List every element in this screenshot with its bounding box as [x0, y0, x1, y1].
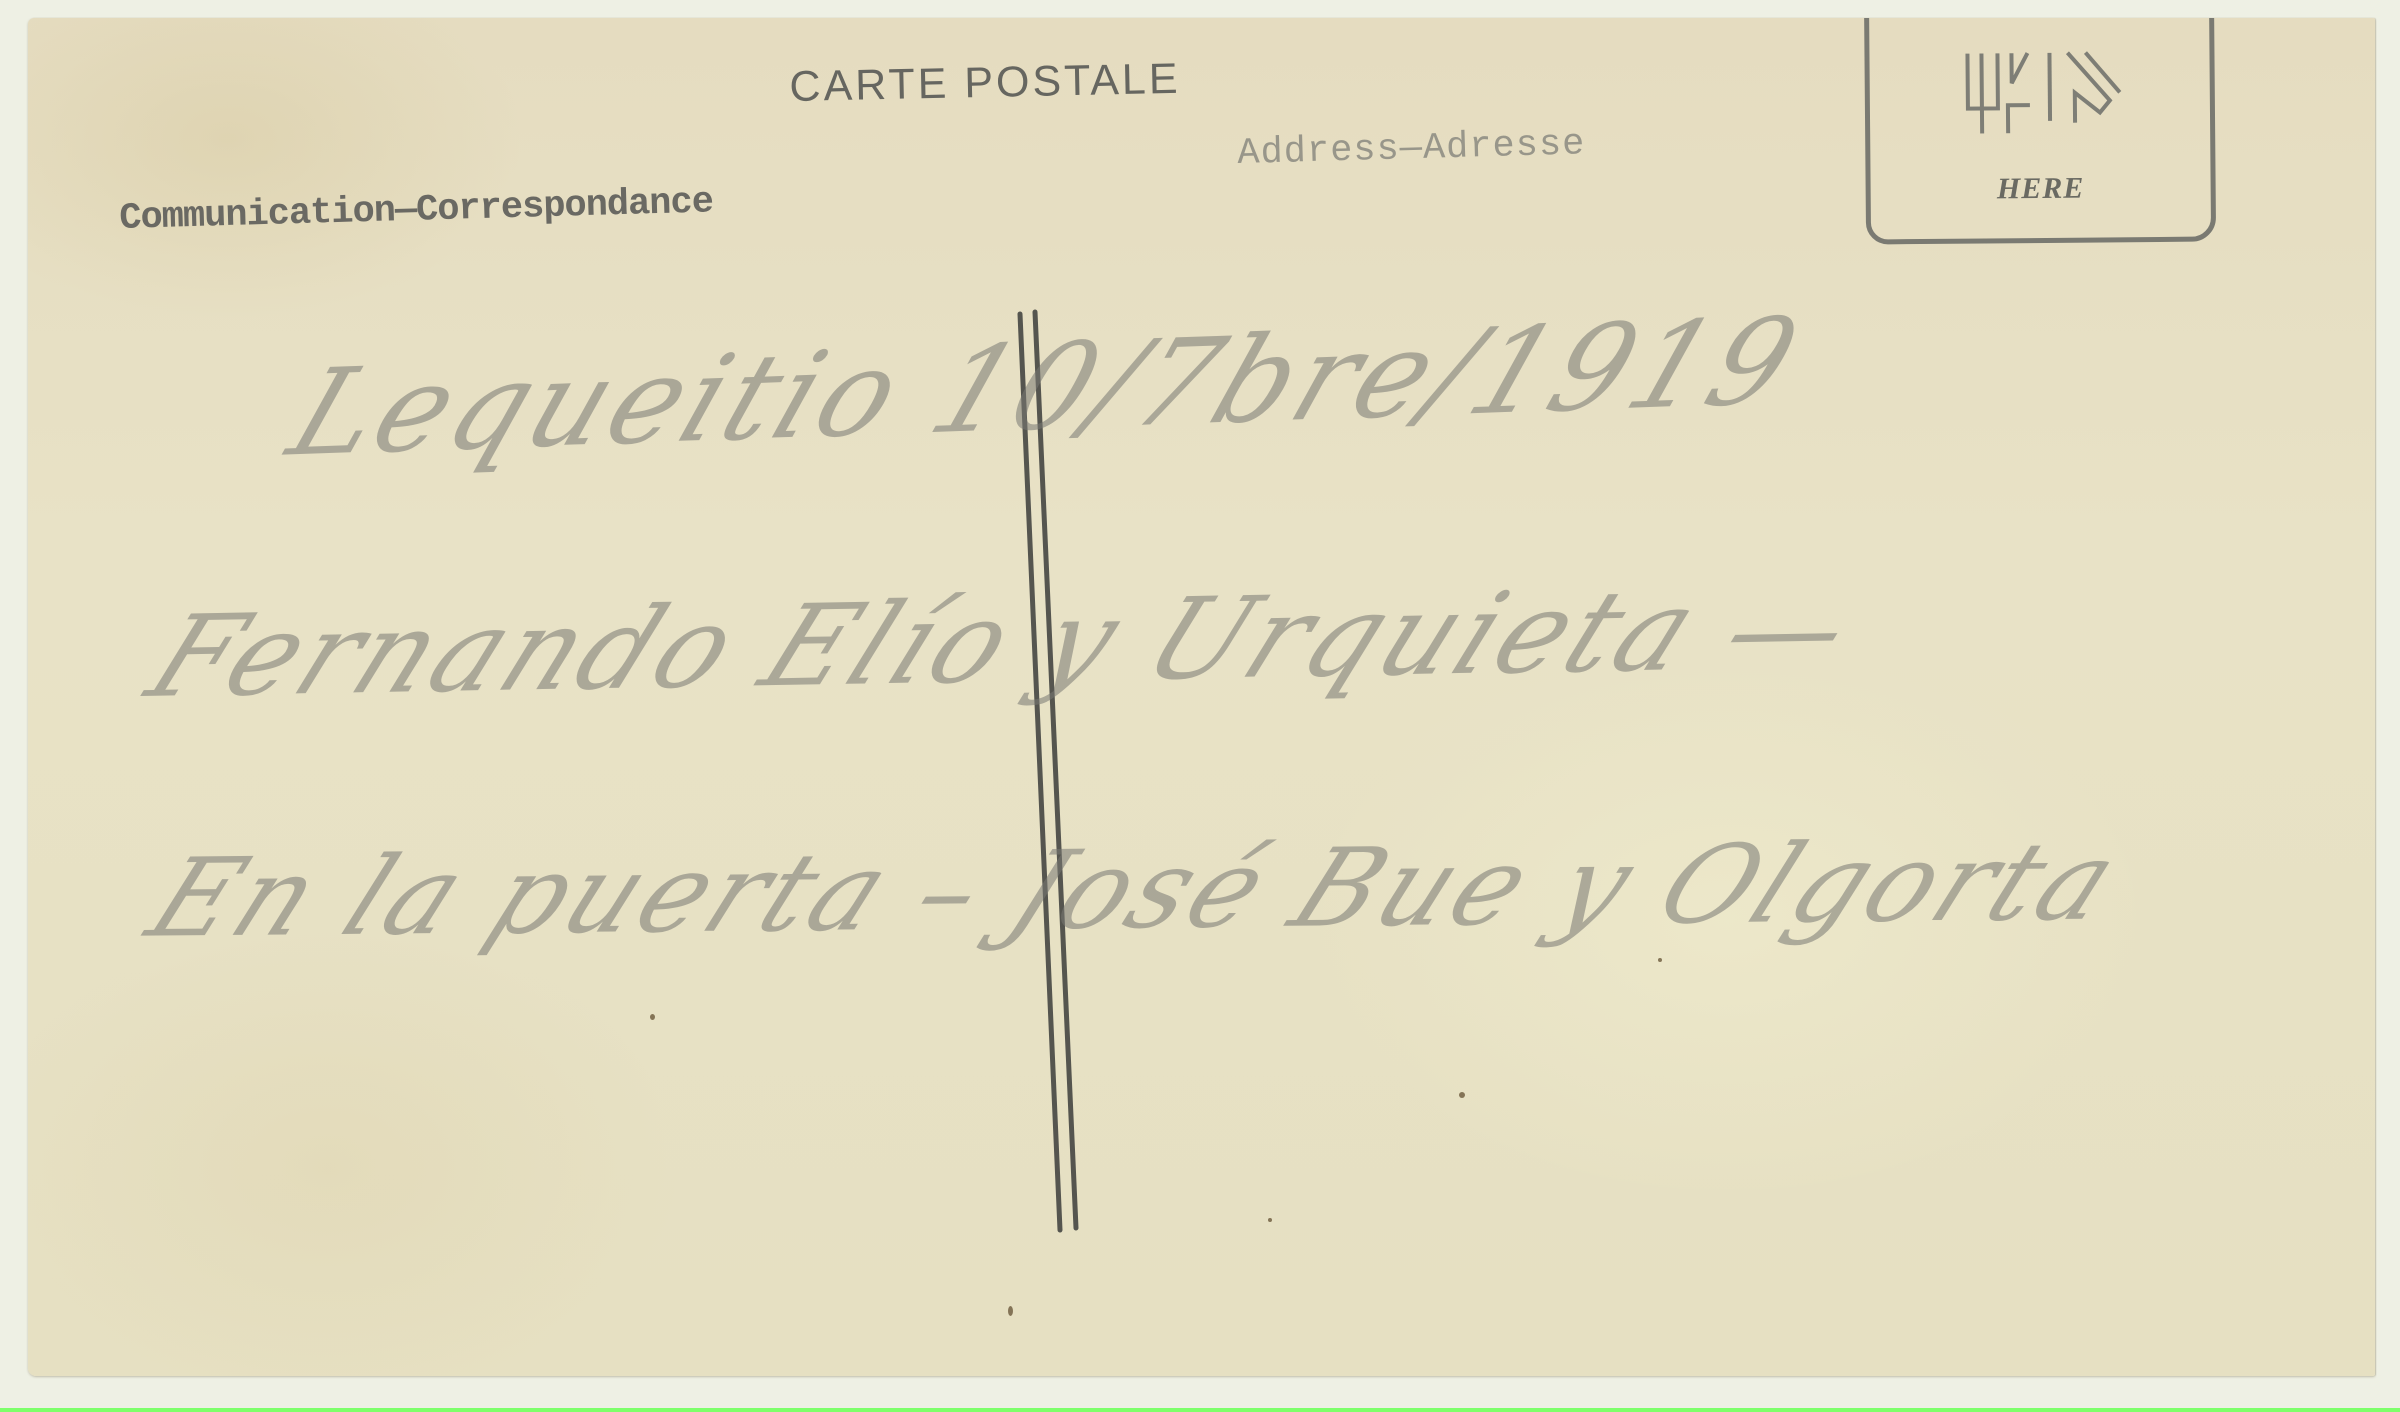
foxing-spot	[1268, 1218, 1272, 1222]
postcard: CARTE POSTALE Communication—Correspondan…	[28, 18, 2375, 1376]
handwriting-line-name: Fernando Elío y Urquieta —	[130, 563, 1875, 723]
handwriting-line-place-date: Lequeitio 10/7bre/1919	[273, 291, 1819, 483]
foxing-spot	[650, 1014, 655, 1020]
foxing-spot	[1008, 1306, 1013, 1316]
scan-edge-strip	[0, 1408, 2400, 1412]
handwriting-line-names: En la puerta – José Bue y Olgorta	[131, 819, 2139, 962]
foxing-spot	[1459, 1092, 1465, 1098]
handwritten-message: Lequeitio 10/7bre/1919 Fernando Elío y U…	[28, 18, 2375, 1376]
foxing-spot	[1658, 958, 1662, 962]
